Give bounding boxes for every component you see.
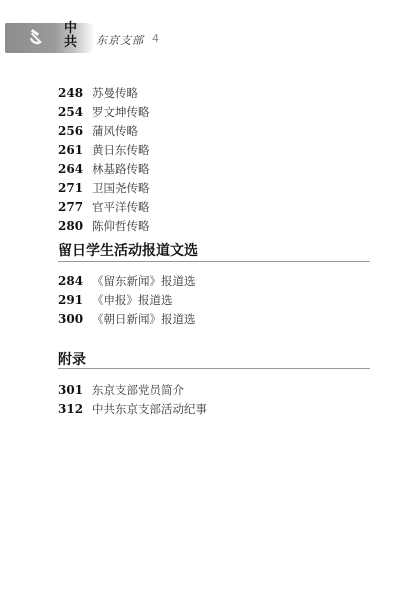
toc-title: 《朝日新闻》报道选 [92,311,196,327]
toc-title: 罗文坤传略 [92,104,150,120]
section-divider [58,261,370,262]
toc-page-number: 248 [58,86,90,100]
toc-title: 《申报》报道选 [92,292,173,308]
brush-stroke-banner [5,23,95,53]
toc-entry[interactable]: 256蒲风传略 [58,121,150,140]
toc-entry[interactable]: 277官平洋传略 [58,197,150,216]
series-title: 东京支部 [96,32,144,48]
toc-page-number: 312 [58,402,90,416]
toc-entry[interactable]: 261黄日东传略 [58,140,150,159]
toc-title: 《留东新闻》报道选 [92,273,196,289]
toc-page-number: 254 [58,105,90,119]
toc-page-number: 300 [58,312,90,326]
toc-title: 黄日东传略 [92,142,150,158]
toc-list-appendix: 301东京支部党员简介 312中共东京支部活动纪事 [58,380,207,418]
toc-entry[interactable]: 264林基路传略 [58,159,150,178]
toc-page-number: 271 [58,181,90,195]
toc-entry[interactable]: 301东京支部党员简介 [58,380,207,399]
toc-entry[interactable]: 312中共东京支部活动纪事 [58,399,207,418]
page-header: 中共 东京支部 4 [0,0,405,60]
toc-entry[interactable]: 300《朝日新闻》报道选 [58,309,196,328]
toc-entry[interactable]: 280陈仰哲传略 [58,216,150,235]
toc-list-reports: 284《留东新闻》报道选 291《申报》报道选 300《朝日新闻》报道选 [58,271,196,328]
toc-page-number: 291 [58,293,90,307]
toc-entry[interactable]: 248苏曼传略 [58,83,150,102]
brand-vertical-text: 中共 [64,22,78,50]
toc-page-number: 264 [58,162,90,176]
toc-title: 中共东京支部活动纪事 [92,401,207,417]
hammer-sickle-icon [26,27,46,47]
section-divider [58,368,370,369]
toc-page-number: 277 [58,200,90,214]
toc-title: 卫国尧传略 [92,180,150,196]
toc-title: 苏曼传略 [92,85,138,101]
toc-entry[interactable]: 284《留东新闻》报道选 [58,271,196,290]
toc-entry[interactable]: 254罗文坤传略 [58,102,150,121]
toc-page-number: 301 [58,383,90,397]
toc-page-number: 261 [58,143,90,157]
toc-title: 官平洋传略 [92,199,150,215]
toc-page-number: 280 [58,219,90,233]
toc-title: 蒲风传略 [92,123,138,139]
toc-title: 东京支部党员简介 [92,382,184,398]
toc-list-biographies: 248苏曼传略 254罗文坤传略 256蒲风传略 261黄日东传略 264林基路… [58,83,150,235]
toc-entry[interactable]: 291《申报》报道选 [58,290,196,309]
toc-page-number: 256 [58,124,90,138]
page-number: 4 [152,32,159,45]
section-heading: 留日学生活动报道文选 [58,240,198,260]
toc-title: 林基路传略 [92,161,150,177]
toc-page-number: 284 [58,274,90,288]
toc-title: 陈仰哲传略 [92,218,150,234]
toc-entry[interactable]: 271卫国尧传略 [58,178,150,197]
section-heading: 附录 [58,349,86,369]
